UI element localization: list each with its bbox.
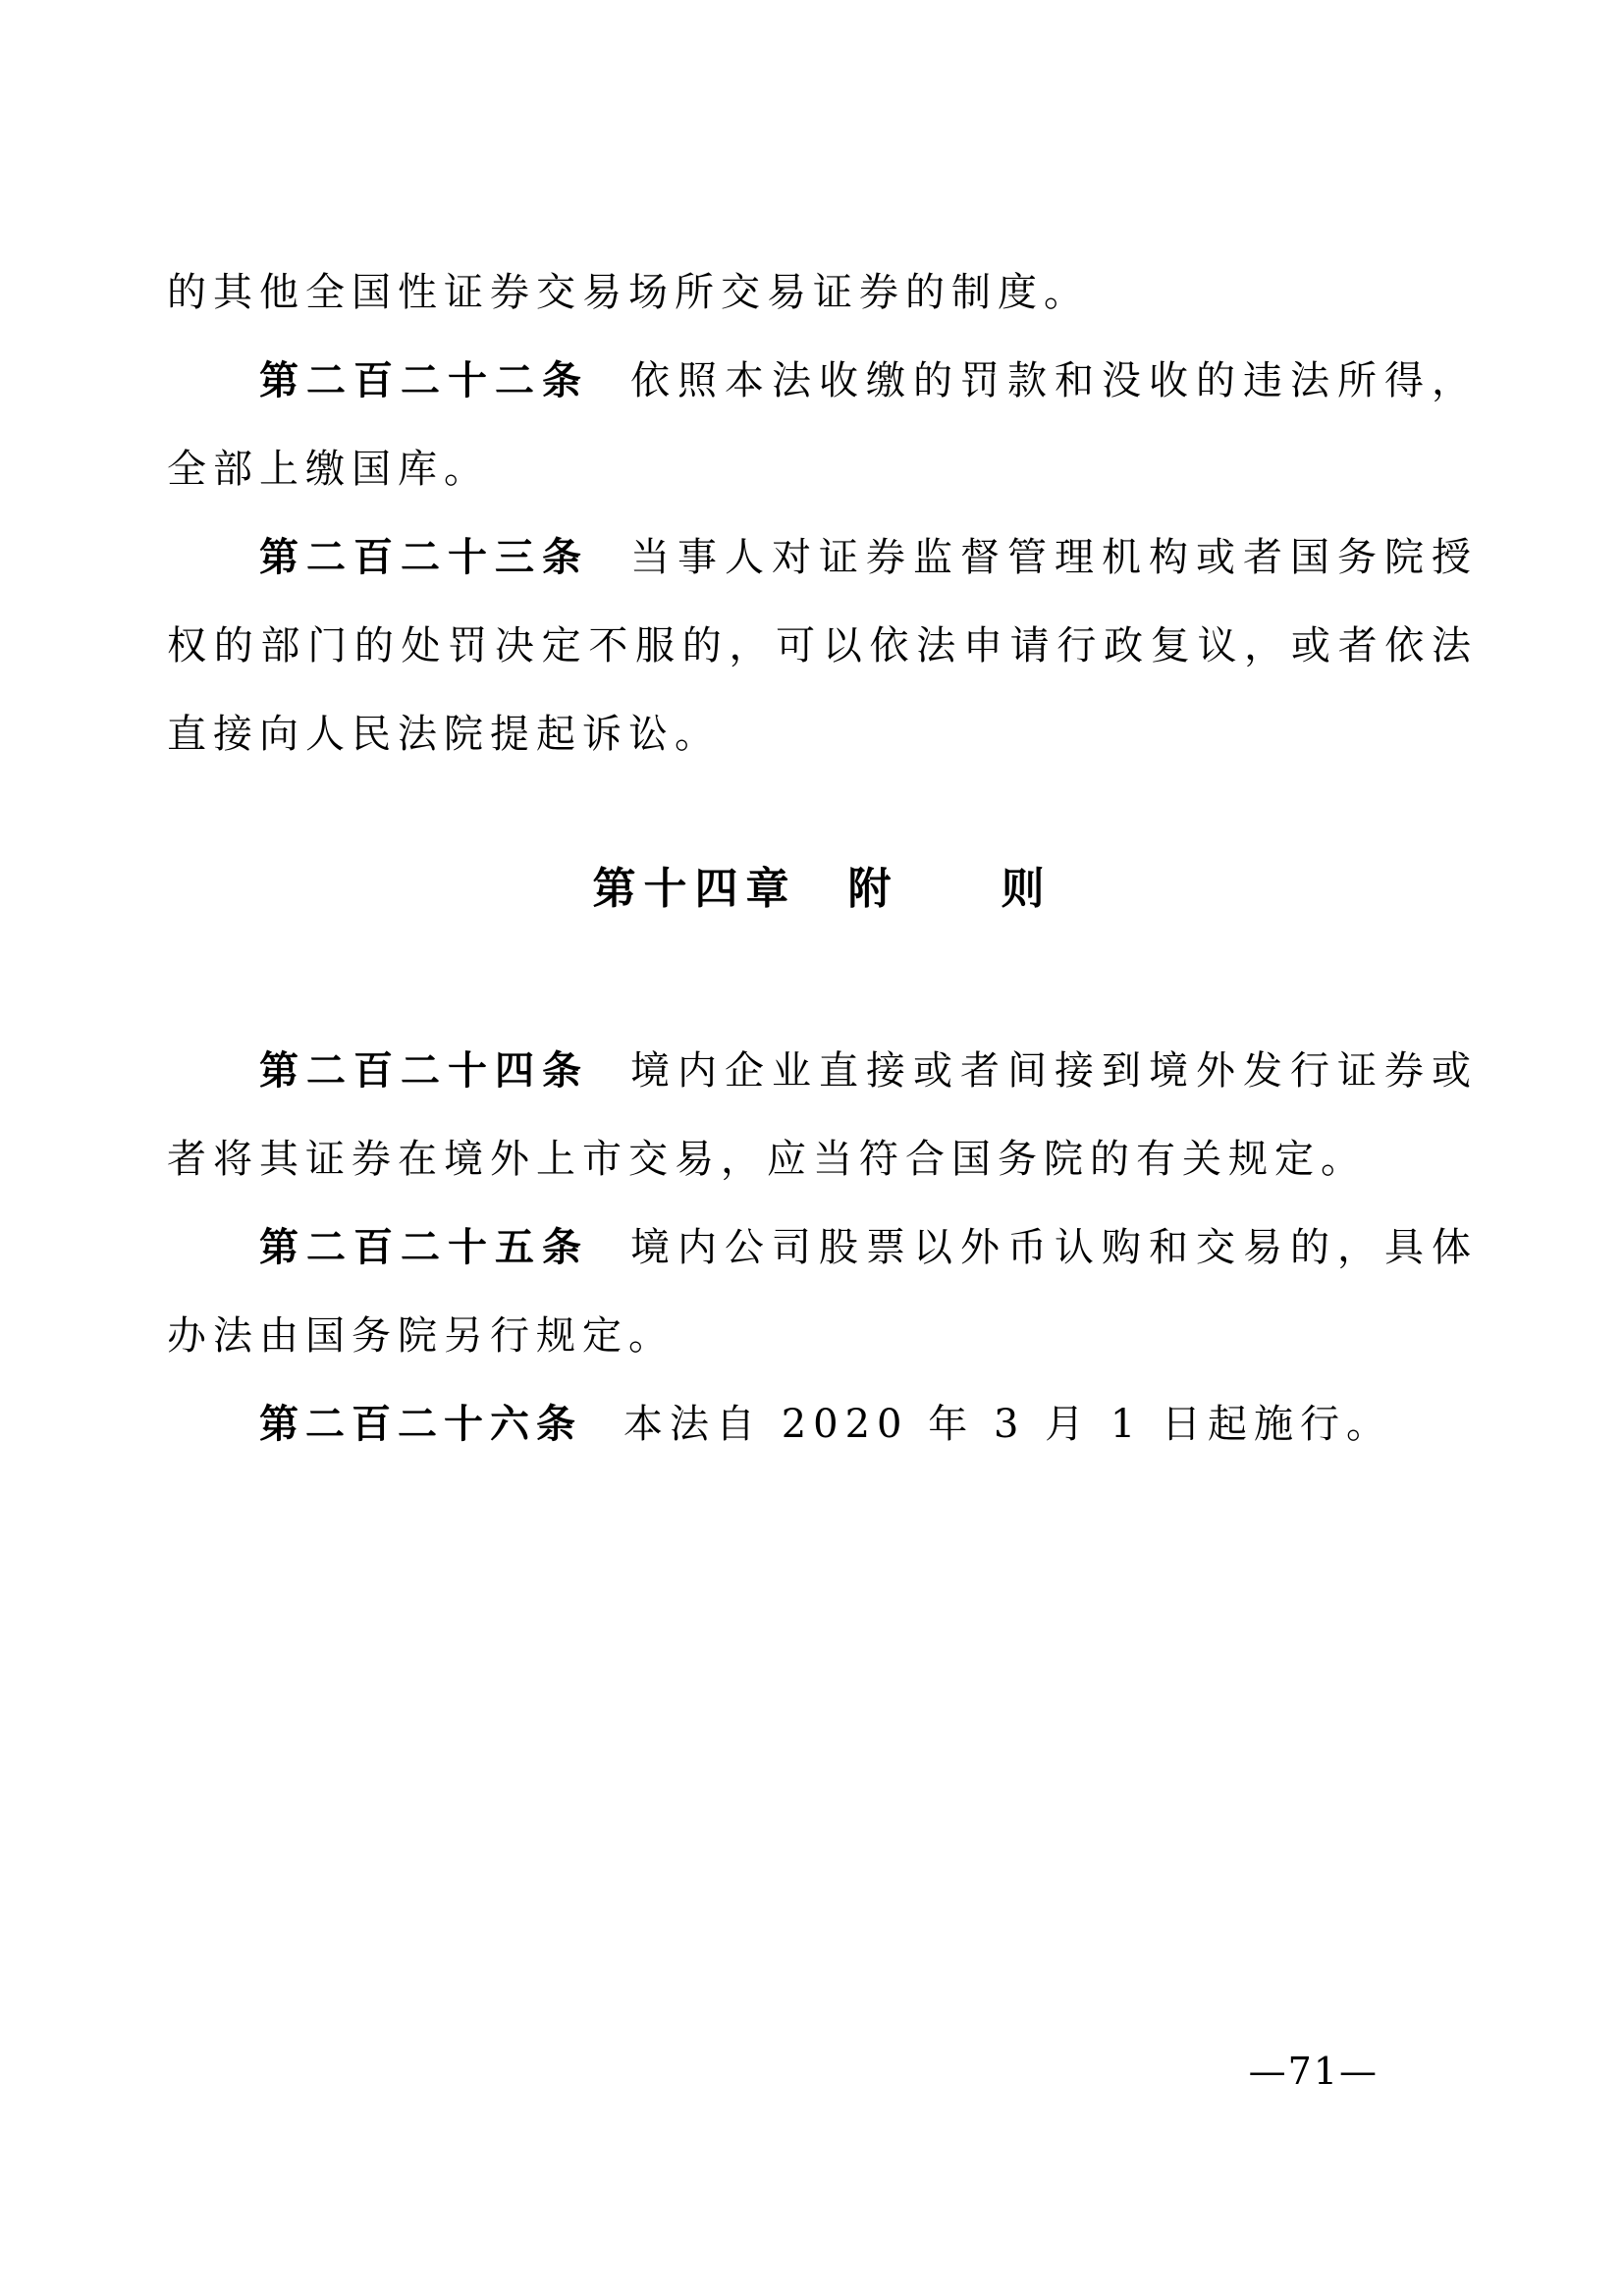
article-225-number: 第二百二十五条 xyxy=(259,1225,589,1270)
article-226-paragraph: 第二百二十六条本法自 2020 年 3 月 1 日起施行。 xyxy=(167,1380,1478,1468)
article-224-number: 第二百二十四条 xyxy=(259,1048,589,1094)
paragraph-text: 的其他全国性证券交易场所交易证券的制度。 xyxy=(167,270,1090,315)
article-225-paragraph: 第二百二十五条境内公司股票以外币认购和交易的，具体办法由国务院另行规定。 xyxy=(167,1203,1478,1380)
page-number: —71— xyxy=(1249,2050,1379,2093)
document-page: 的其他全国性证券交易场所交易证券的制度。 第二百二十二条依照本法收缴的罚款和没收… xyxy=(0,0,1624,2296)
chapter-heading: 第十四章 附 则 xyxy=(167,778,1478,1027)
article-224-paragraph: 第二百二十四条境内企业直接或者间接到境外发行证券或者将其证券在境外上市交易，应当… xyxy=(167,1027,1478,1203)
article-222-paragraph: 第二百二十二条依照本法收缴的罚款和没收的违法所得，全部上缴国库。 xyxy=(167,337,1478,513)
article-226-number: 第二百二十六条 xyxy=(259,1402,582,1447)
article-223-number: 第二百二十三条 xyxy=(259,535,589,580)
article-222-number: 第二百二十二条 xyxy=(259,358,589,403)
continuation-paragraph: 的其他全国性证券交易场所交易证券的制度。 xyxy=(167,248,1478,337)
article-223-paragraph: 第二百二十三条当事人对证券监督管理机构或者国务院授权的部门的处罚决定不服的，可以… xyxy=(167,513,1478,778)
document-body: 的其他全国性证券交易场所交易证券的制度。 第二百二十二条依照本法收缴的罚款和没收… xyxy=(167,248,1478,1468)
article-226-text: 本法自 2020 年 3 月 1 日起施行。 xyxy=(623,1402,1392,1447)
